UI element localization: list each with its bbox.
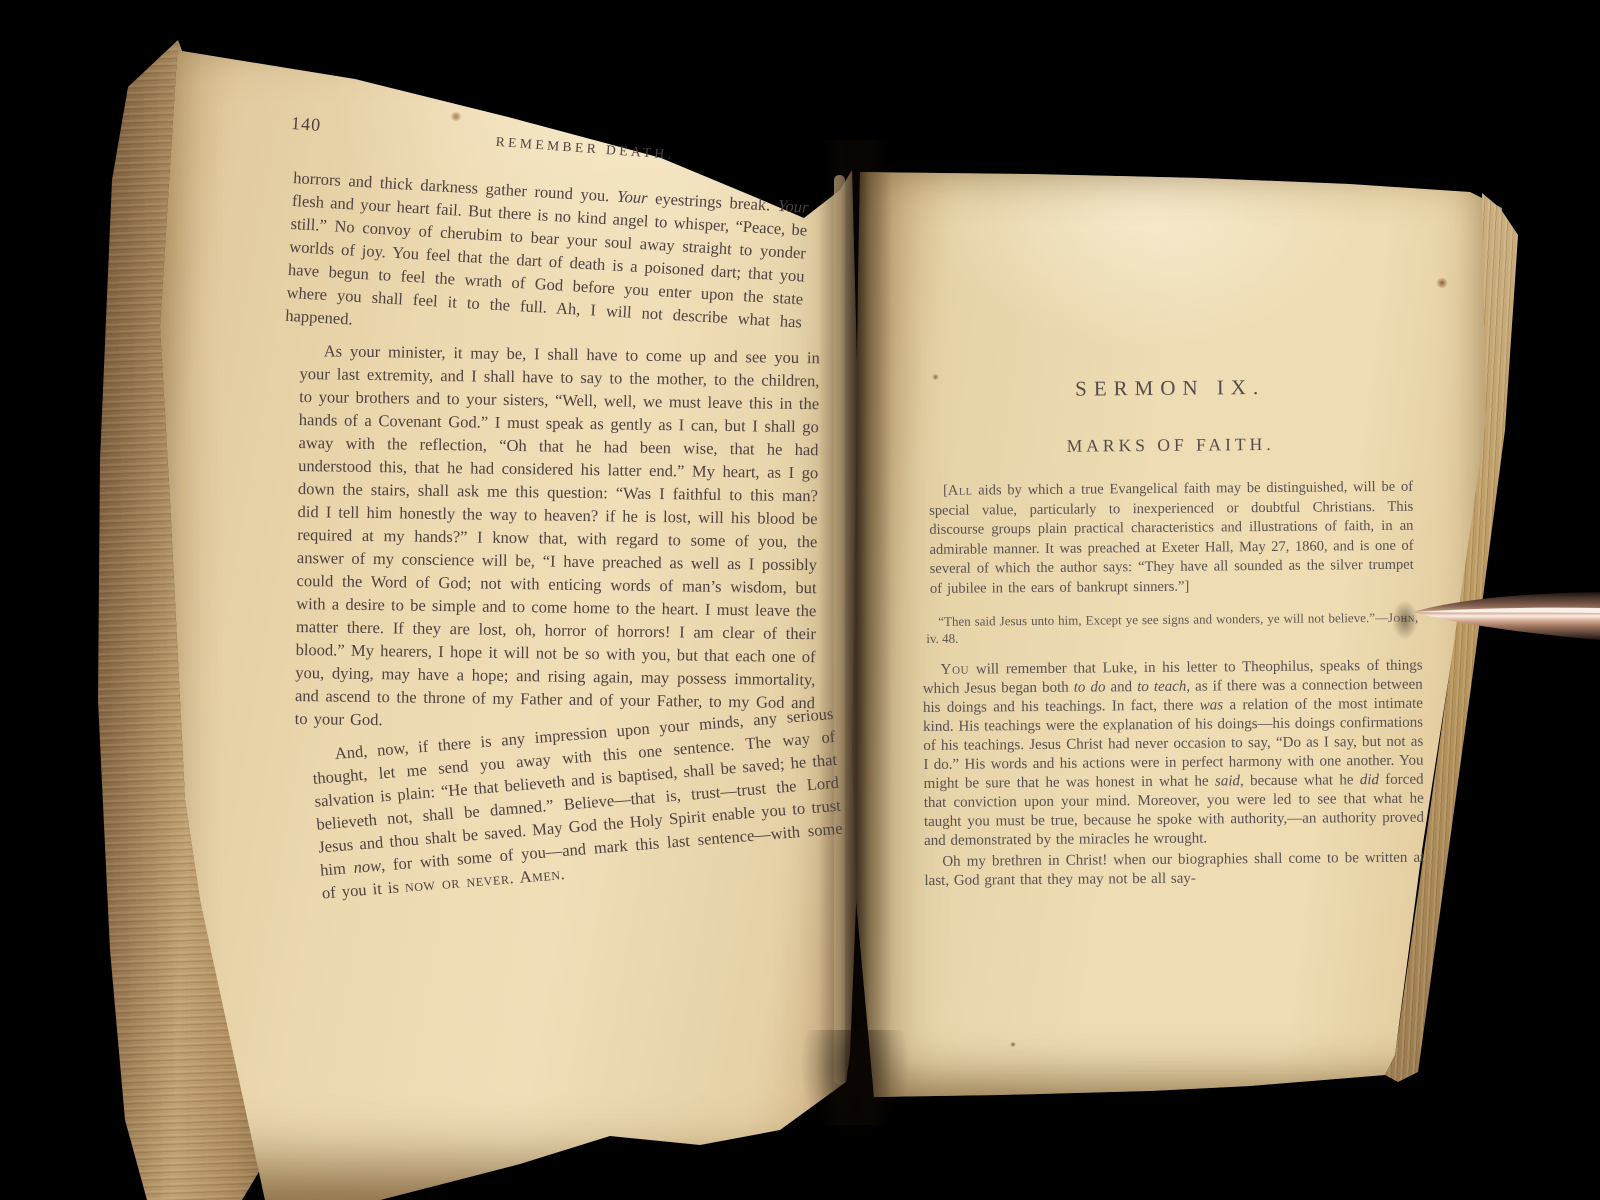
left-page-text: 140 REMEMBER DEATH. horrors and thick da… bbox=[280, 112, 814, 905]
running-header: REMEMBER DEATH. bbox=[278, 112, 812, 173]
gutter-bottom-shadow bbox=[800, 1030, 910, 1150]
right-page-text: SERMON IX. MARKS OF FAITH. [All aids by … bbox=[920, 366, 1425, 891]
book-photo: 140 REMEMBER DEATH. horrors and thick da… bbox=[0, 0, 1600, 1200]
foxing-spot bbox=[1436, 278, 1448, 288]
foxing-spot bbox=[1010, 1042, 1016, 1047]
sermon-paragraph: You will remember that Luke, in his lett… bbox=[923, 657, 1425, 851]
sermon-paragraph: Oh my brethren in Christ! when our biogr… bbox=[924, 849, 1424, 891]
sermon-number-heading: SERMON IX. bbox=[920, 374, 1420, 403]
left-page-paragraph: horrors and thick darkness gather round … bbox=[285, 166, 809, 356]
left-page-paragraph: And, now, if there is any impression upo… bbox=[310, 702, 845, 905]
left-page-header-row: 140 REMEMBER DEATH. bbox=[278, 112, 812, 177]
scripture-quote: “Then said Jesus unto him, Except ye see… bbox=[926, 609, 1418, 647]
sermon-title: MARKS OF FAITH. bbox=[921, 433, 1421, 458]
metal-pointer-icon bbox=[1408, 582, 1600, 648]
left-page-paragraph: As your minister, it may be, I shall hav… bbox=[295, 339, 820, 737]
gutter-shadow bbox=[818, 140, 892, 1125]
page-number: 140 bbox=[290, 113, 321, 136]
editor-note: [All aids by which a true Evangelical fa… bbox=[929, 478, 1414, 599]
